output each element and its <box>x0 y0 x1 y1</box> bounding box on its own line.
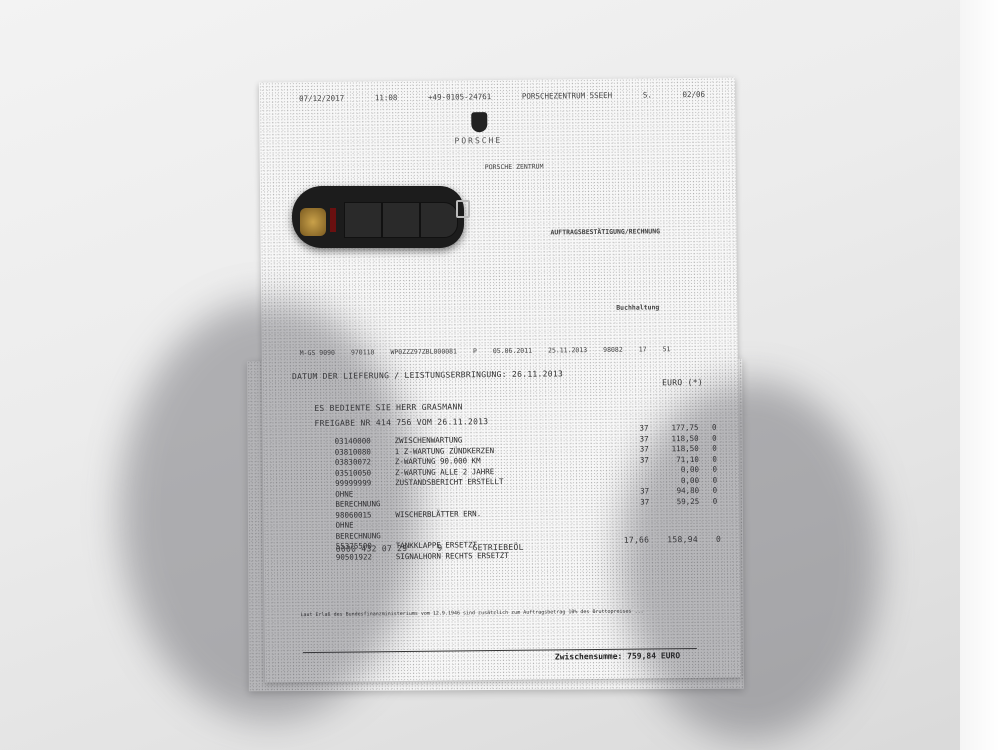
porsche-crest-icon <box>300 208 326 236</box>
code-b: 51 <box>662 344 670 355</box>
fax-time: 11:08 <box>375 93 398 102</box>
document-type: AUFTRAGSBESTÄTIGUNG/RECHNUNG <box>550 226 660 238</box>
first-registration: 05.06.2011 <box>493 346 532 357</box>
company-name: PORSCHE ZENTRUM <box>485 162 544 174</box>
key-ring-icon <box>456 200 470 218</box>
vin: WP0ZZZ97ZBL000081 <box>390 346 457 358</box>
car-key-fob <box>292 178 470 256</box>
hand-shadow <box>620 380 880 740</box>
accounting-label: Buchhaltung <box>616 302 659 313</box>
key-button <box>420 202 458 238</box>
mileage: 98082 <box>603 345 623 356</box>
fax-page: 02/06 <box>682 90 705 99</box>
fax-phone: +49-0105-24761 <box>428 92 491 102</box>
item-qty: 37 <box>633 434 649 445</box>
key-button <box>382 202 420 238</box>
fax-page-label: S. <box>643 90 652 99</box>
fax-date: 07/12/2017 <box>299 94 344 103</box>
brand-wordmark: PORSCHE <box>454 136 502 145</box>
key-button <box>344 202 382 238</box>
part-qty: 9 <box>437 544 442 553</box>
item-qty: 37 <box>632 423 648 434</box>
brand-code: P <box>473 346 477 357</box>
table-edge <box>960 0 1000 750</box>
fax-sender: PORSCHEZENTRUM 5SEEH <box>522 91 612 101</box>
part-desc: GETRIEBEÖL <box>472 543 523 553</box>
porsche-crest-icon <box>471 112 487 132</box>
hand-shadow <box>120 300 420 720</box>
code-a: 17 <box>639 344 647 355</box>
intake-date: 25.11.2013 <box>548 345 587 356</box>
currency-label: EURO (*) <box>662 378 703 387</box>
